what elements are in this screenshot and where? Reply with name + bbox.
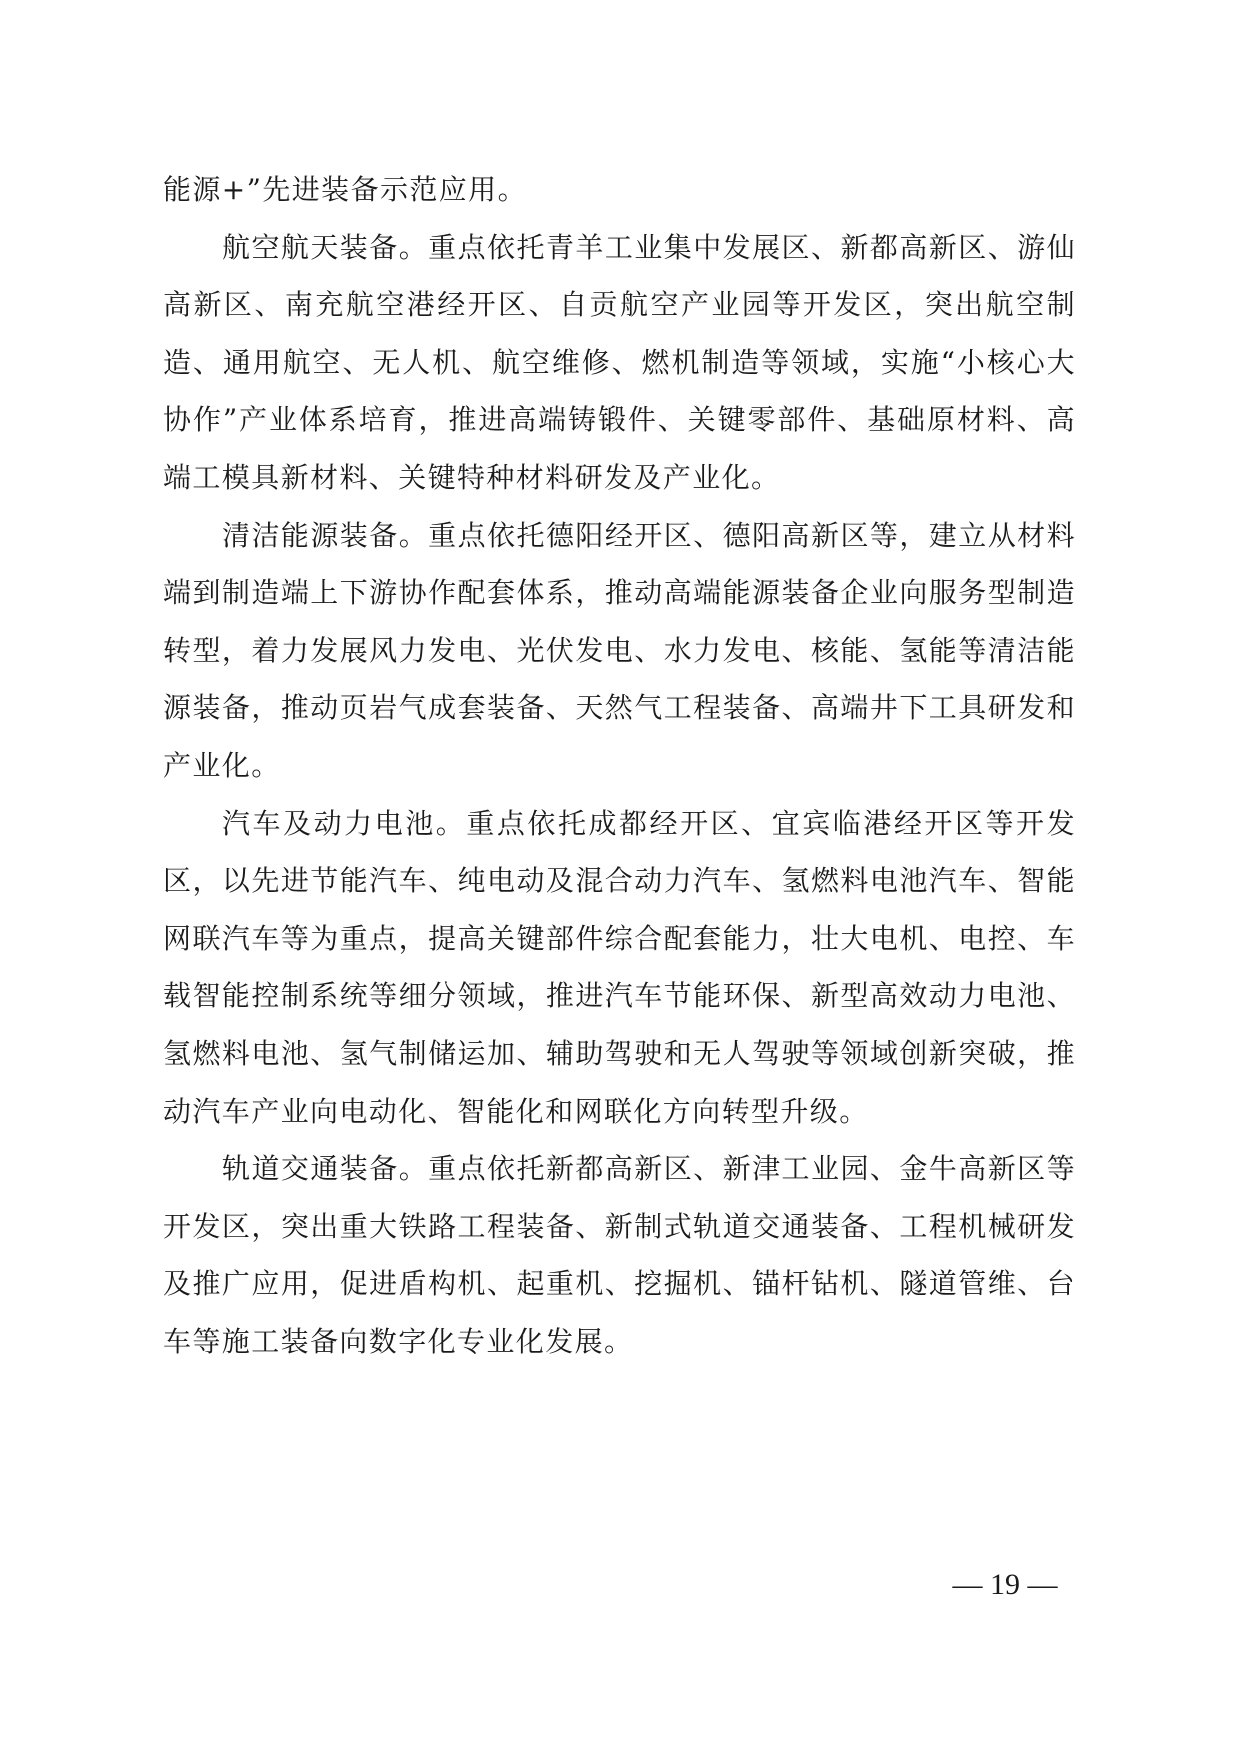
paragraph-auto-and-power-battery: 汽车及动力电池。重点依托成都经开区、宜宾临港经开区等开发区，以先进节能汽车、纯电…: [163, 795, 1076, 1141]
page-number: — 19 —: [940, 1568, 1070, 1602]
paragraph-continuation: 能源+”先进装备示范应用。: [163, 161, 1076, 219]
paragraph-aerospace-equipment: 航空航天装备。重点依托青羊工业集中发展区、新都高新区、游仙高新区、南充航空港经开…: [163, 219, 1076, 507]
paragraph-clean-energy-equipment: 清洁能源装备。重点依托德阳经开区、德阳高新区等，建立从材料端到制造端上下游协作配…: [163, 507, 1076, 795]
paragraph-rail-transit-equipment: 轨道交通装备。重点依托新都高新区、新津工业园、金牛高新区等开发区，突出重大铁路工…: [163, 1140, 1076, 1370]
document-body: 能源+”先进装备示范应用。 航空航天装备。重点依托青羊工业集中发展区、新都高新区…: [163, 161, 1076, 1370]
document-page: 能源+”先进装备示范应用。 航空航天装备。重点依托青羊工业集中发展区、新都高新区…: [0, 0, 1240, 1754]
